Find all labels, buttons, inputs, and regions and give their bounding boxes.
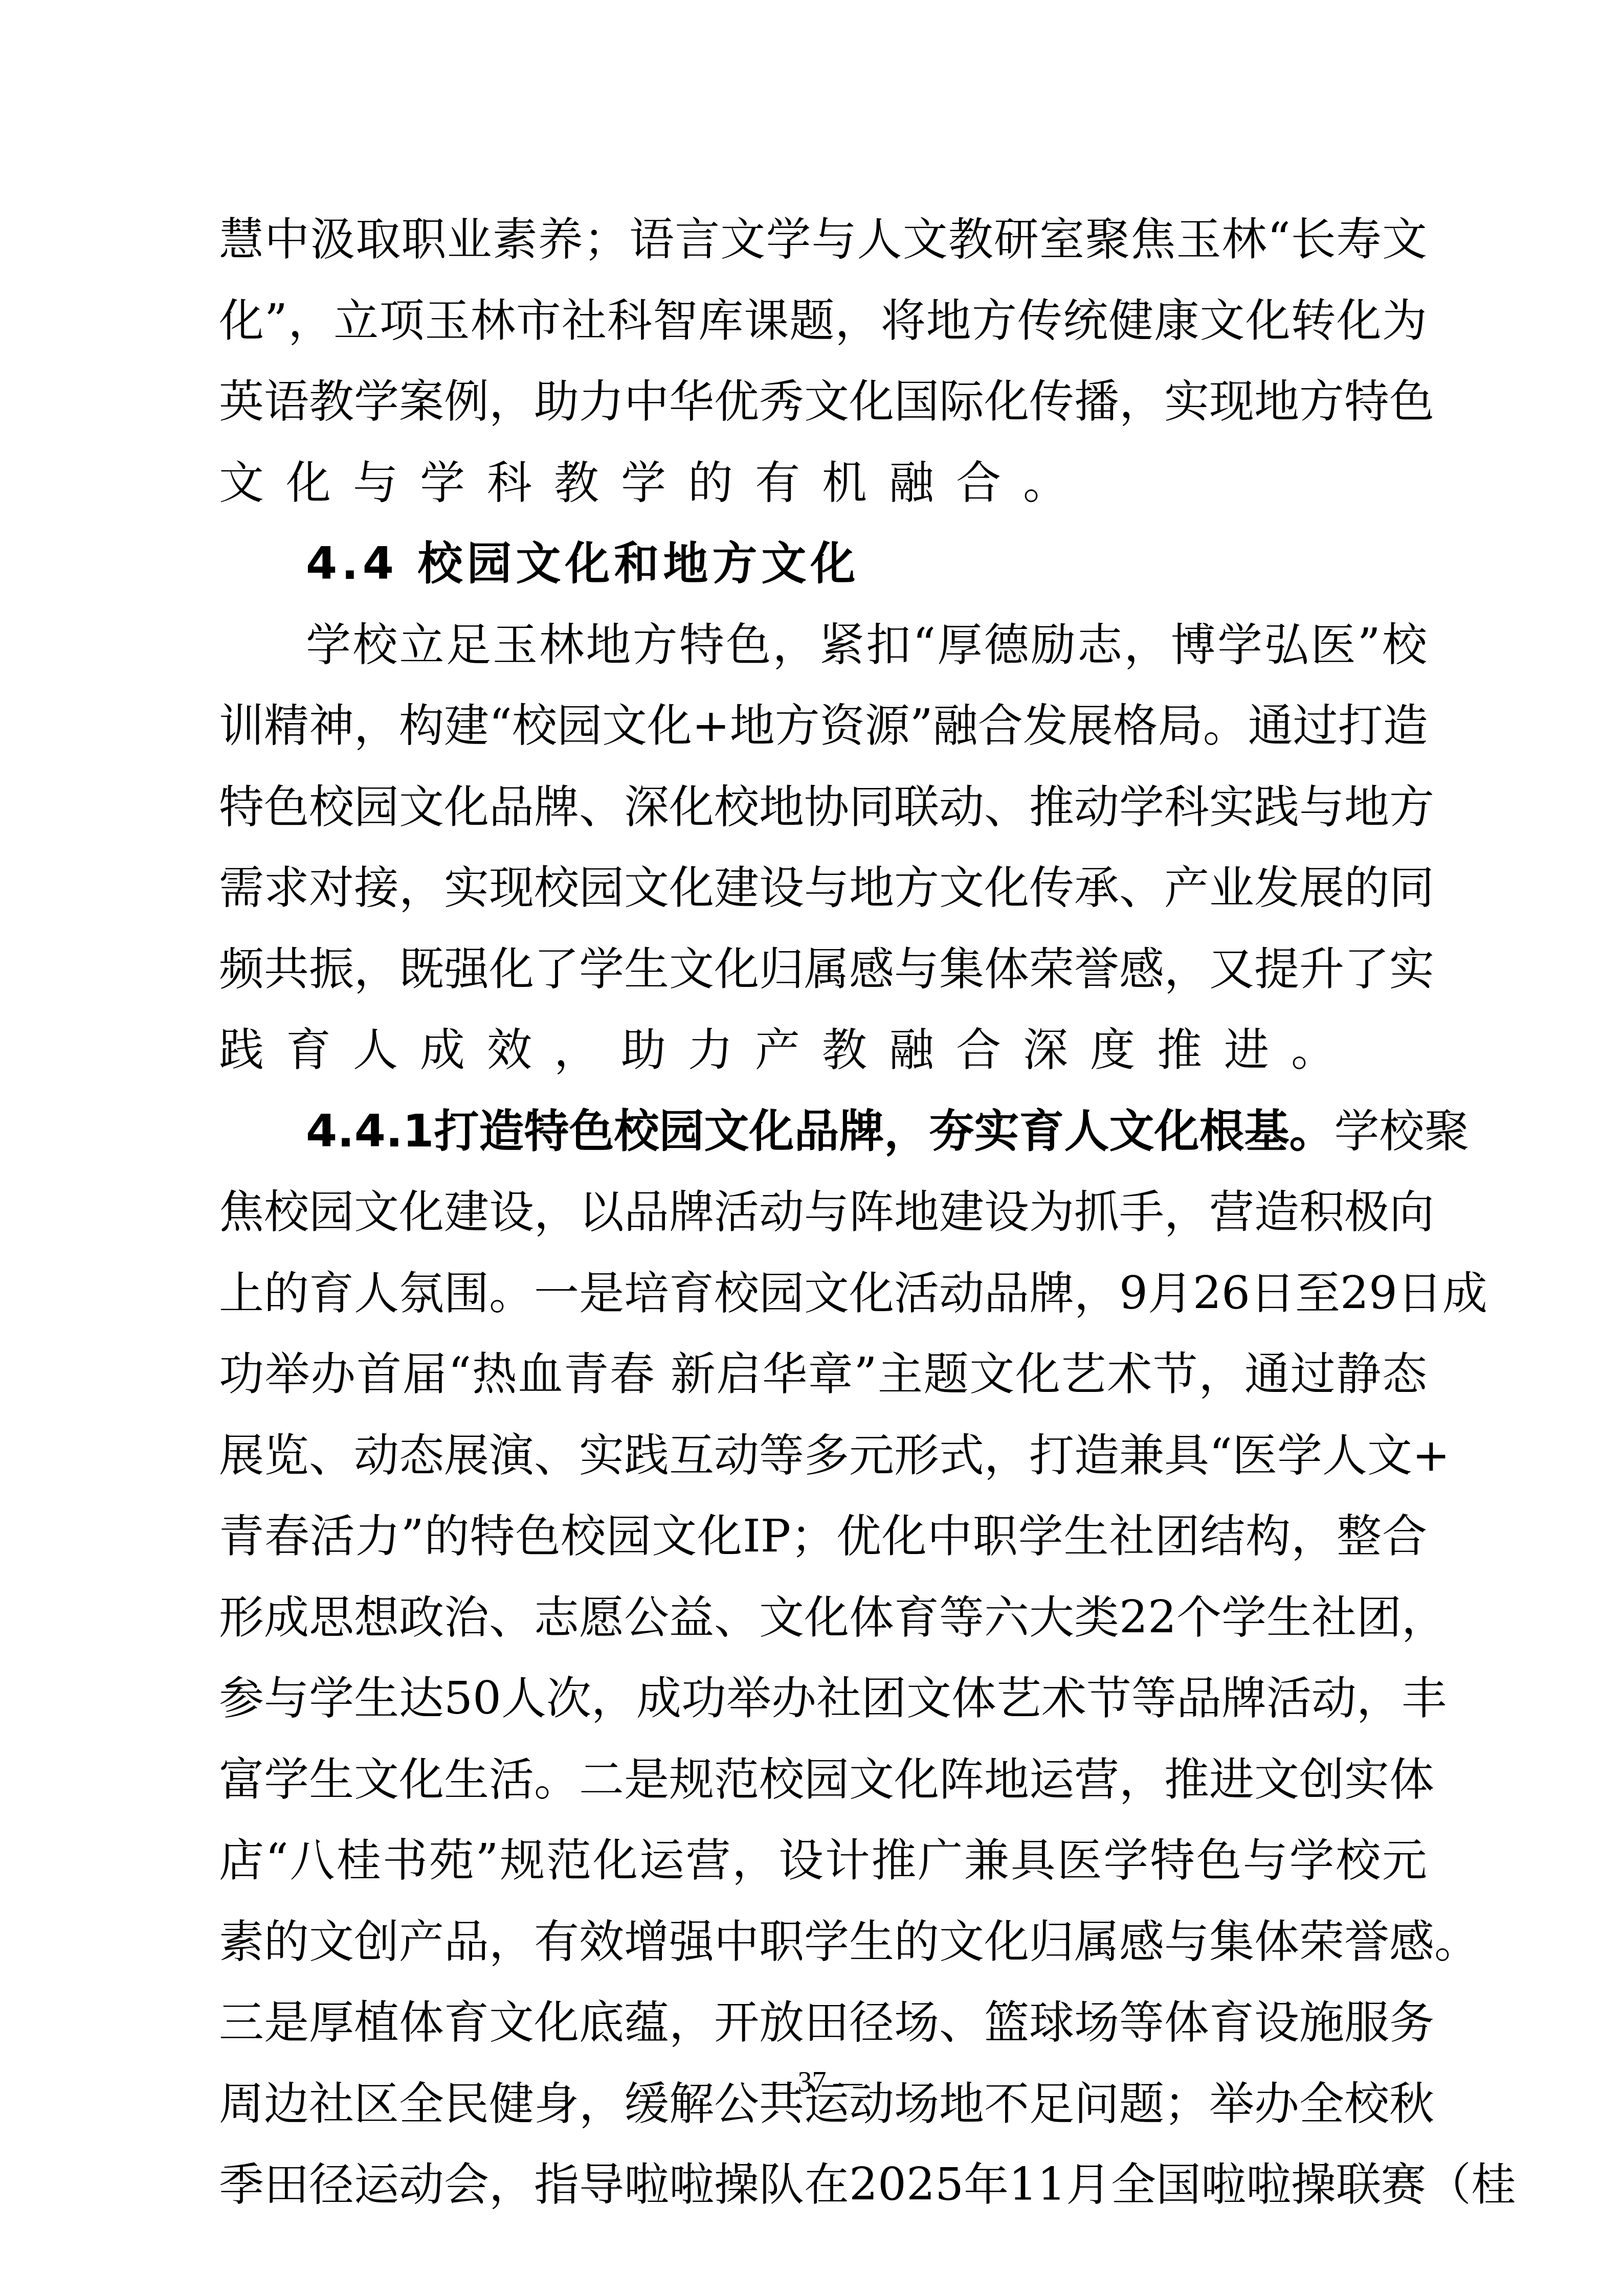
text-line: 4.4.1打造特色校园文化品牌，夯实育人文化根基。学校聚: [219, 1106, 1427, 1187]
text-line: 学校立足玉林地方特色，紧扣“厚德励志，博学弘医”校: [219, 619, 1427, 701]
text-line: 英语教学案例，助力中华优秀文化国际化传播，实现地方特色: [219, 376, 1427, 457]
subsection-heading: 4.4.1打造特色校园文化品牌，夯实育人文化根基。: [306, 1105, 1334, 1157]
text-line: 参与学生达50人次，成功举办社团文体艺术节等品牌活动，丰: [219, 1673, 1427, 1754]
text-line: 功举办首届“热血青春 新启华章”主题文化艺术节，通过静态: [219, 1348, 1427, 1430]
text-line: 文化与学科教学的有机融合。: [219, 457, 1427, 538]
text-line: 素的文创产品，有效增强中职学生的文化归属感与集体荣誉感。: [219, 1916, 1427, 1997]
paragraph-intro: 学校立足玉林地方特色，紧扣“厚德励志，博学弘医”校 训精神，构建“校园文化+地方…: [219, 619, 1427, 1106]
text-line: 展览、动态展演、实践互动等多元形式，打造兼具“医学人文+: [219, 1430, 1427, 1511]
text-line: 训精神，构建“校园文化+地方资源”融合发展格局。通过打造: [219, 700, 1427, 781]
text-line: 特色校园文化品牌、深化校地协同联动、推动学科实践与地方: [219, 781, 1427, 863]
text-line: 践育人成效，助力产教融合深度推进。: [219, 1024, 1427, 1106]
text-line: 焦校园文化建设，以品牌活动与阵地建设为抓手，营造积极向: [219, 1186, 1427, 1268]
text-line: 频共振，既强化了学生文化归属感与集体荣誉感，又提升了实: [219, 943, 1427, 1025]
section-heading: 4.4 校园文化和地方文化: [219, 538, 1427, 619]
text-line: 季田径运动会，指导啦啦操队在2025年11月全国啦啦操联赛（桂: [219, 2159, 1427, 2240]
text-line: 形成思想政治、志愿公益、文化体育等六大类22个学生社团，: [219, 1592, 1427, 1673]
document-page: 慧中汲取职业素养；语言文学与人文教研室聚焦玉林“长寿文 化”，立项玉林市社科智库…: [219, 214, 1427, 2240]
page-number: — 37 —: [0, 2066, 1624, 2099]
text-line: 店“八桂书苑”规范化运营，设计推广兼具医学特色与学校元: [219, 1835, 1427, 1916]
text-line: 慧中汲取职业素养；语言文学与人文教研室聚焦玉林“长寿文: [219, 214, 1427, 295]
text-line: 上的育人氛围。一是培育校园文化活动品牌，9月26日至29日成: [219, 1268, 1427, 1349]
text-line: 需求对接，实现校园文化建设与地方文化传承、产业发展的同: [219, 862, 1427, 943]
text-run: 学校聚: [1334, 1105, 1470, 1157]
paragraph-continuation: 慧中汲取职业素养；语言文学与人文教研室聚焦玉林“长寿文 化”，立项玉林市社科智库…: [219, 214, 1427, 538]
text-line: 富学生文化生活。二是规范校园文化阵地运营，推进文创实体: [219, 1754, 1427, 1835]
text-line: 化”，立项玉林市社科智库课题，将地方传统健康文化转化为: [219, 295, 1427, 376]
text-line: 青春活力”的特色校园文化IP；优化中职学生社团结构，整合: [219, 1511, 1427, 1592]
